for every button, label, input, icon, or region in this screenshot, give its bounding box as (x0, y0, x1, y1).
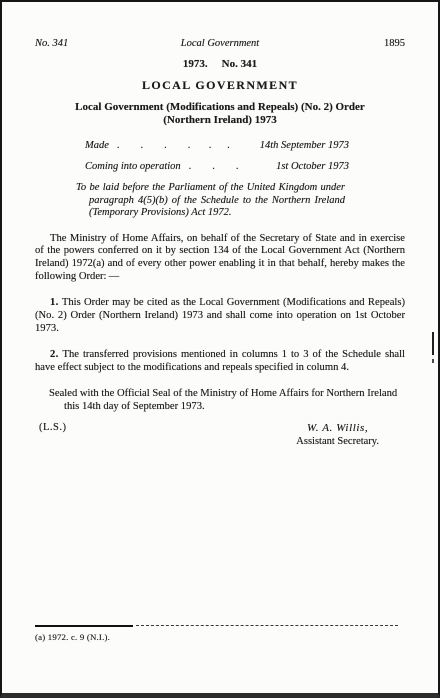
made-dot-leader: . . . . . . (117, 140, 252, 151)
running-header: No. 341 Local Government 1895 (35, 38, 405, 49)
operation-date-row: Coming into operation . . . 1st October … (85, 161, 349, 172)
header-running-title: Local Government (144, 38, 296, 49)
article-1-number: 1. (50, 297, 59, 308)
citation-number: No. 341 (222, 58, 257, 70)
order-title: Local Government (Modifications and Repe… (35, 101, 405, 127)
article-1: 1. This Order may be cited as the Local … (35, 297, 405, 336)
header-page-number: 1895 (296, 38, 405, 49)
footnote-text: (a) 1972. c. 9 (N.I.). (35, 632, 409, 642)
preamble-paragraph: The Ministry of Home Affairs, on behalf … (35, 233, 405, 285)
made-date-row: Made . . . . . . 14th September 1973 (85, 140, 349, 151)
order-title-line1: Local Government (Modifications and Repe… (35, 101, 405, 114)
made-label: Made (85, 140, 109, 151)
scan-artifact-dot (432, 359, 434, 363)
document-content: No. 341 Local Government 1895 1973.No. 3… (2, 38, 438, 447)
dates-block: Made . . . . . . 14th September 1973 Com… (85, 140, 349, 172)
laid-before-note: To be laid before the Parliament of the … (76, 182, 345, 220)
seal-mark: (L.S.) (39, 422, 67, 433)
article-2-text: The transferred provisions mentioned in … (35, 349, 405, 373)
scanned-document-page: No. 341 Local Government 1895 1973.No. 3… (0, 0, 440, 698)
signature-title: Assistant Secretary. (296, 436, 379, 447)
sealing-clause: Sealed with the Official Seal of the Min… (35, 388, 405, 414)
operation-date-value: 1st October 1973 (276, 161, 349, 172)
signature-name: W. A. Willis, (296, 422, 379, 434)
footnote-rule (35, 624, 409, 627)
article-2: 2. The transferred provisions mentioned … (35, 349, 405, 375)
subject-heading: LOCAL GOVERNMENT (35, 78, 405, 93)
footnote-rule-dashed (136, 625, 398, 626)
citation-line: 1973.No. 341 (35, 58, 405, 70)
signature-block: W. A. Willis, Assistant Secretary. (296, 422, 379, 447)
signature-row: (L.S.) W. A. Willis, Assistant Secretary… (35, 422, 405, 447)
operation-dot-leader: . . . (189, 161, 268, 172)
order-title-line2: (Northern Ireland) 1973 (35, 114, 405, 127)
article-1-text: This Order may be cited as the Local Gov… (35, 297, 405, 334)
scan-artifact-mark (432, 332, 434, 355)
header-order-number: No. 341 (35, 38, 144, 49)
citation-year: 1973. (183, 58, 208, 70)
article-2-number: 2. (50, 349, 59, 360)
footnote-block: (a) 1972. c. 9 (N.I.). (35, 624, 409, 642)
made-date-value: 14th September 1973 (260, 140, 349, 151)
operation-label: Coming into operation (85, 161, 181, 172)
footnote-rule-solid (35, 625, 133, 627)
